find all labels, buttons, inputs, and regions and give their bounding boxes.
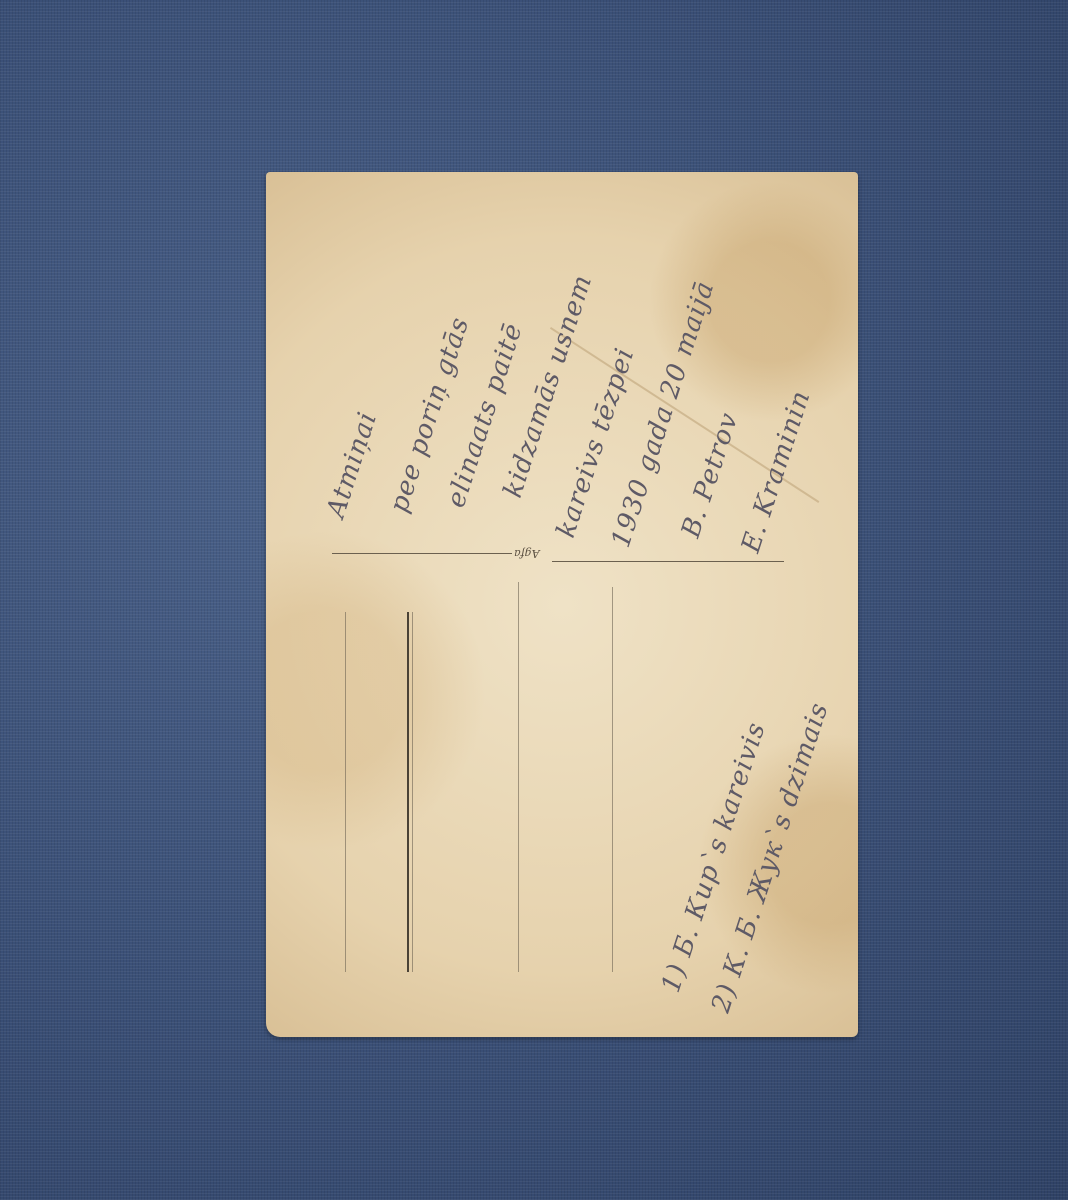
- address-line: [412, 612, 413, 972]
- divider-line-right: [552, 561, 784, 562]
- address-line: [407, 612, 409, 972]
- address-line: [518, 582, 519, 972]
- message-line: Atmiņai: [321, 408, 383, 521]
- signature: B. Petrov: [676, 409, 745, 542]
- signature: E. Kraminin: [736, 387, 817, 557]
- postcard-back: Agfa Atmiņai pee poriņ gtās elinaats pai…: [266, 172, 858, 1037]
- address-line: [612, 587, 613, 972]
- agfa-brand-mark: Agfa: [514, 547, 540, 560]
- divider-line-left: [332, 553, 512, 554]
- address-line: [345, 612, 346, 972]
